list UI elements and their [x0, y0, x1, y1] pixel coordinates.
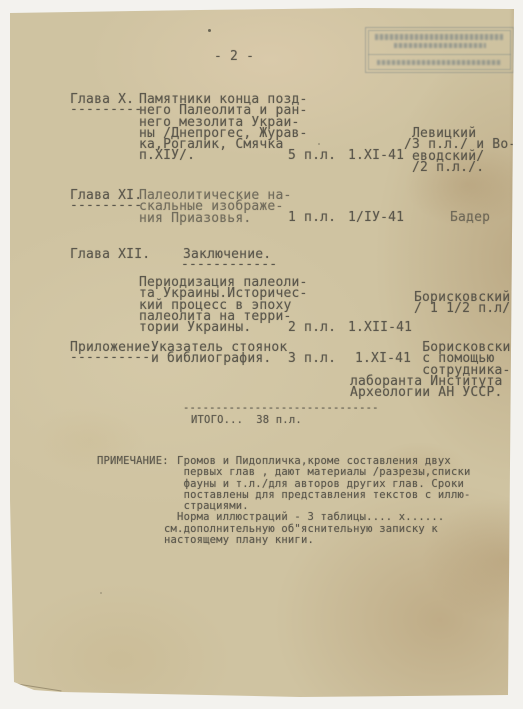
ink-speck: [318, 143, 320, 145]
chapter-xi-description: Палеолитические на- скальные изображе- н…: [139, 190, 292, 224]
stamp-divider-line: [368, 54, 511, 55]
chapter-xi-authors: Бадер: [450, 212, 490, 223]
chapter-xii-underline: ------------: [181, 259, 277, 270]
appendix-underline: ----------: [70, 352, 150, 363]
appendix-volume: 3 п.л.: [288, 353, 336, 364]
note-label: ПРИМЕЧАНИЕ:: [97, 456, 169, 467]
paper-crease: [14, 683, 62, 691]
stamp-text-row-illegible: [375, 34, 503, 40]
chapter-xi-volume: 1 п.л.: [288, 212, 336, 223]
stamp-number-row-illegible: [377, 60, 501, 65]
total-dashed-rule: ------------------------------: [183, 403, 379, 414]
chapter-xii-label: Глава XII.: [70, 249, 150, 260]
chapter-x-authors: Левицкий /3 п.л./ и Во- еводский/ /2 п.л…: [404, 128, 516, 173]
stamp-text-row-illegible: [394, 43, 486, 48]
ink-speck: [100, 592, 102, 594]
chapter-x-underline: ---------: [70, 104, 142, 115]
archive-stamp: [365, 27, 514, 73]
chapter-x-description: Памятники конца позд- него Палеолита и р…: [139, 94, 308, 162]
chapter-xii-authors: Борисковский / 1 1/2 п.л/: [414, 292, 510, 315]
appendix-description: Указатель стоянок и библиография.: [151, 342, 287, 365]
chapter-xii-volume: 2 п.л.: [288, 322, 336, 333]
chapter-xi-deadline: 1/IУ-41: [348, 212, 404, 223]
total-line: ИТОГО... 38 п.л.: [191, 415, 302, 426]
note-text: Громов и Пидопличка,кроме составления дв…: [164, 456, 471, 546]
chapter-x-deadline: 1.XI-41: [348, 150, 404, 161]
ink-speck: [208, 29, 211, 32]
page-number: - 2 -: [214, 51, 254, 62]
paper-sheet: - 2 - Глава X. --------- Памятники конца…: [0, 0, 523, 709]
scanned-document-page: { "page": { "number": "- 2 -" }, "stamp"…: [0, 0, 523, 709]
appendix-authors: Борисковский с помощью сотрудника- лабор…: [350, 342, 519, 398]
chapter-xi-underline: ---------: [70, 200, 142, 211]
chapter-xii-description: Периодизация палеоли- та Украины.Историч…: [139, 277, 308, 333]
chapter-xii-deadline: 1.XII-41: [348, 322, 412, 333]
chapter-x-volume: 5 п.л.: [288, 150, 336, 161]
